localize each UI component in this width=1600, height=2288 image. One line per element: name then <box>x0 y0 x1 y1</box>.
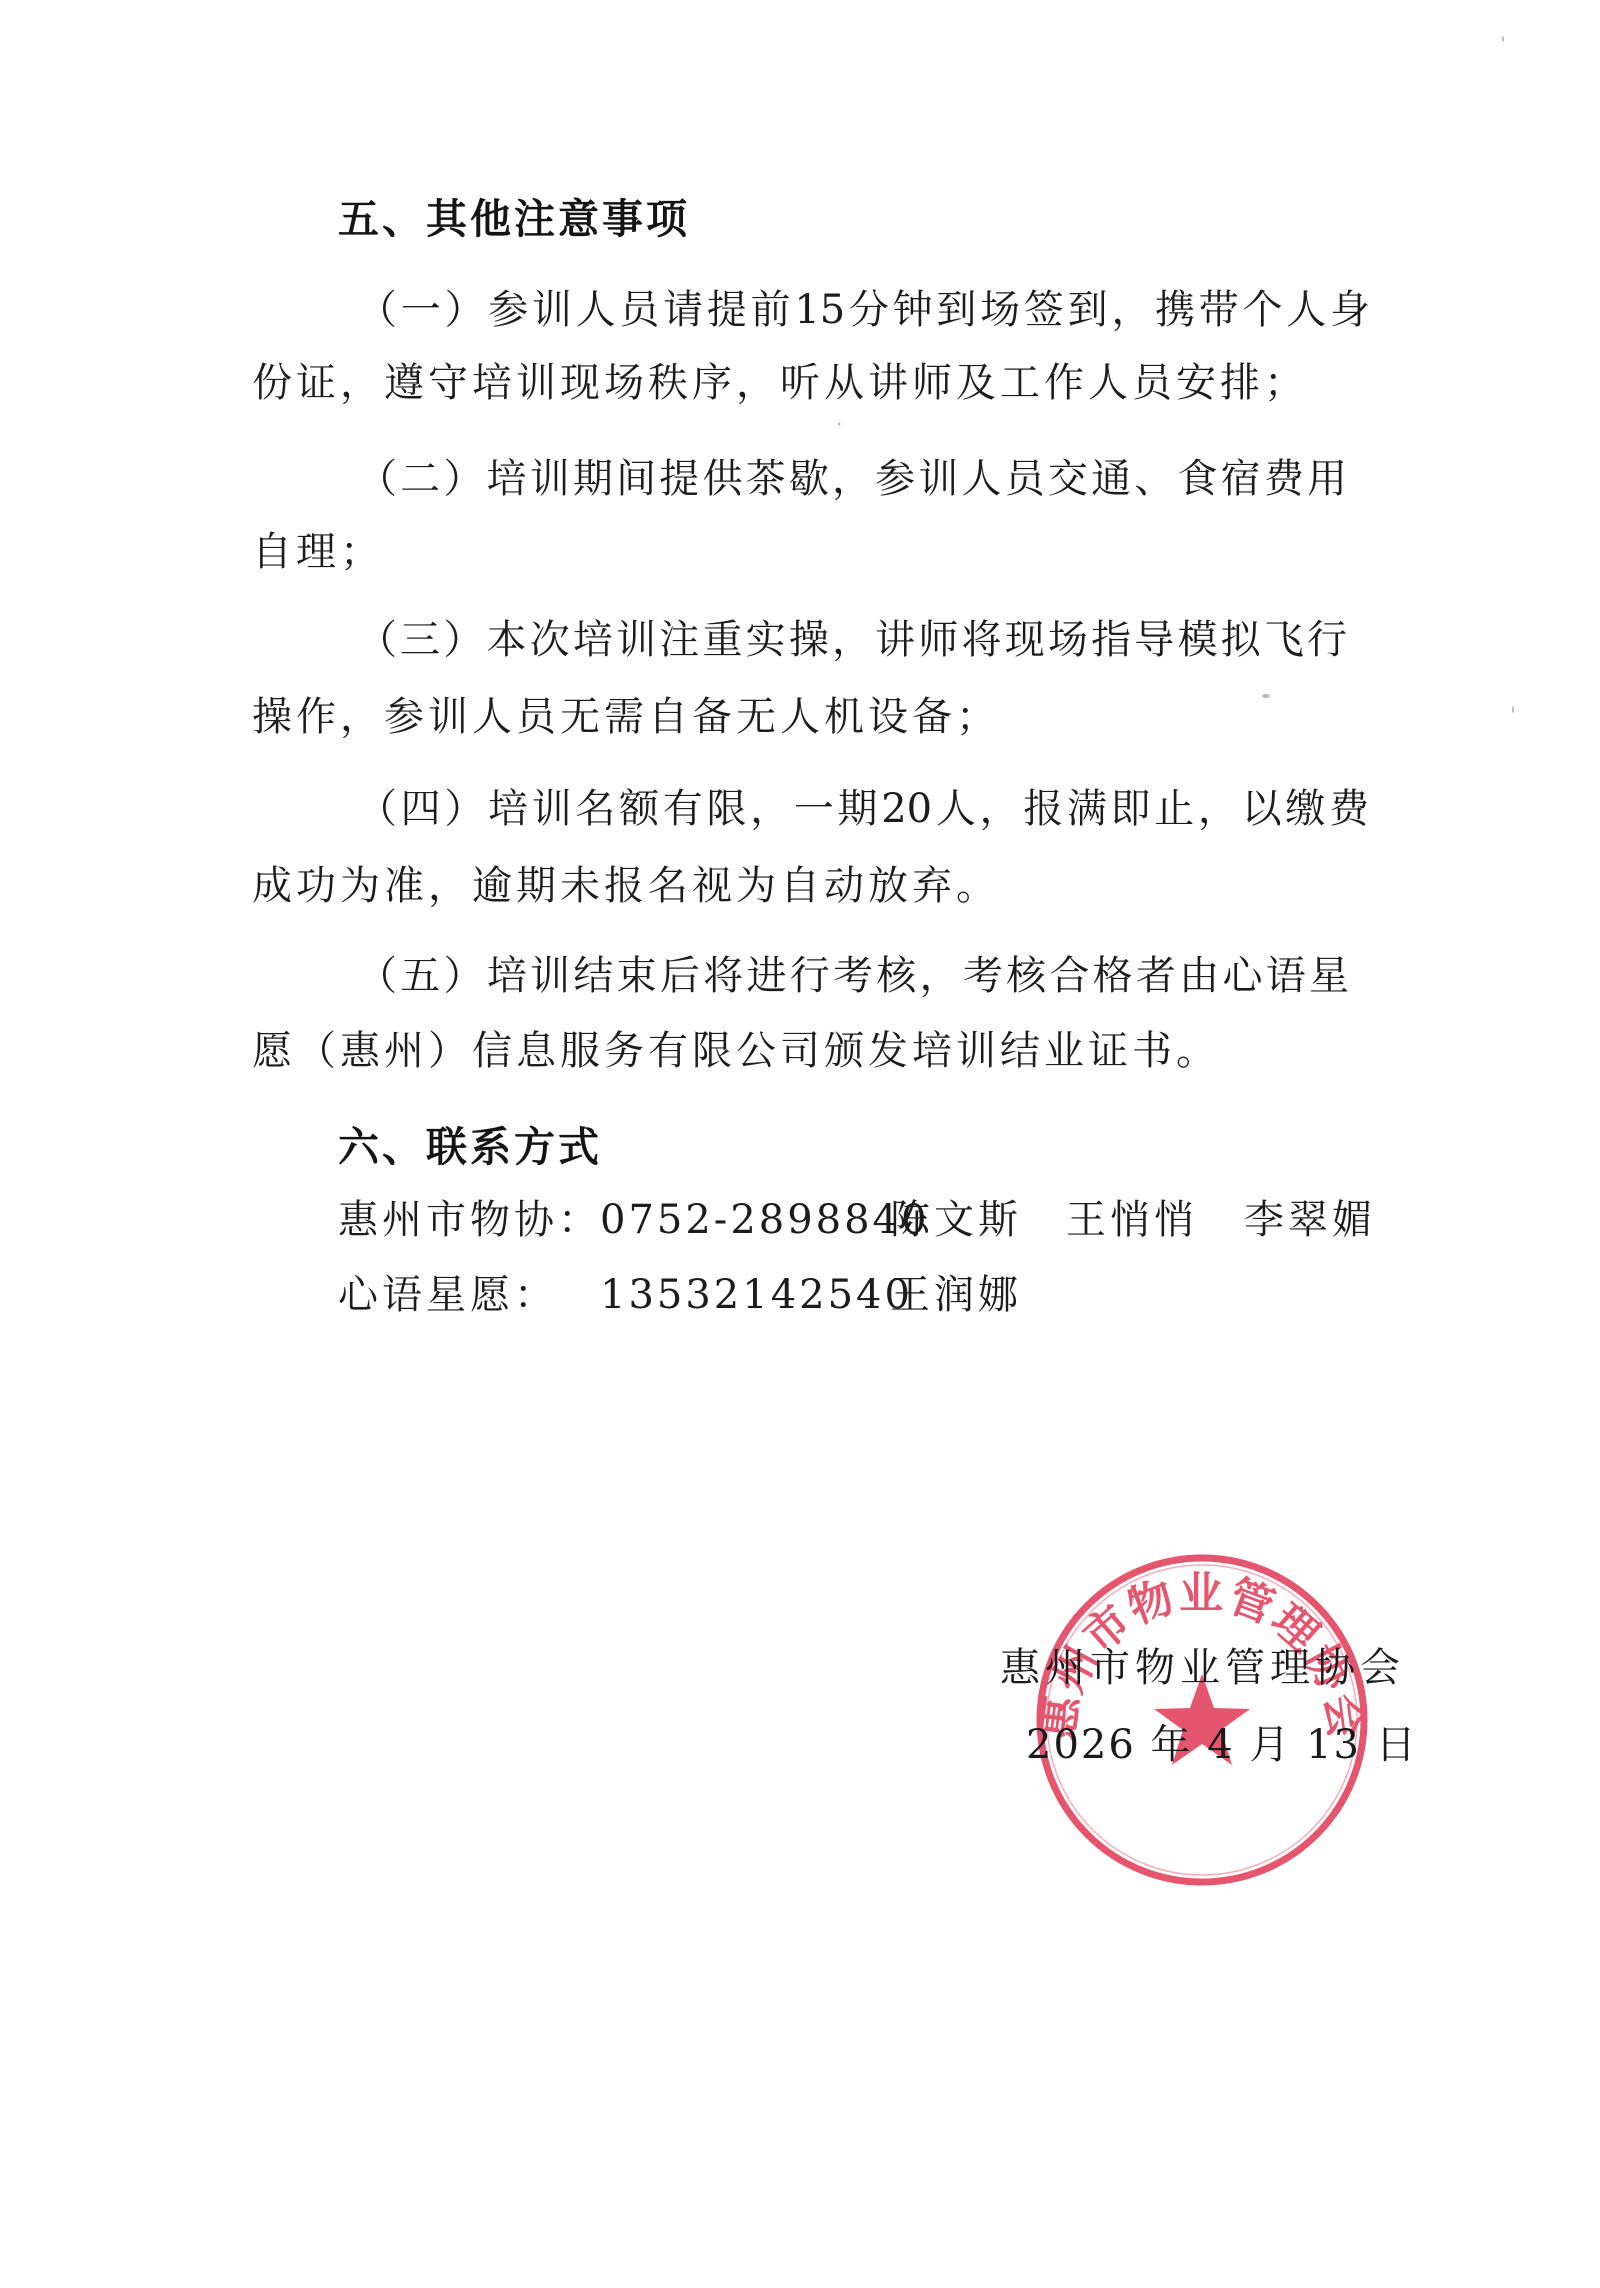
contact-phone: 13532142540 <box>600 1271 913 1319</box>
contact-name: 李翠媚 <box>1244 1196 1376 1244</box>
notes-item-5-line-2: 愿（惠州）信息服务有限公司颁发培训结业证书。 <box>252 1027 1220 1075</box>
contact-org-label: 惠州市物协： <box>338 1196 602 1244</box>
notes-item-4-line-1: （四）培训名额有限，一期20人，报满即止，以缴费 <box>357 785 1369 833</box>
contact-name: 王润娜 <box>890 1271 1022 1319</box>
document-page: 五、其他注意事项 （一）参训人员请提前15分钟到场签到，携带个人身 份证，遵守培… <box>0 0 1600 2288</box>
issuer-signature: 惠州市物业管理协会 <box>1000 1644 1405 1692</box>
notes-item-3-line-2: 操作，参训人员无需自备无人机设备； <box>252 693 1000 741</box>
contact-org-label: 心语星愿： <box>338 1271 558 1319</box>
notes-item-1-line-1: （一）参训人员请提前15分钟到场签到，携带个人身 <box>357 286 1370 334</box>
notes-item-2-line-1: （二）培训期间提供茶歇，参训人员交通、食宿费用 <box>357 455 1347 503</box>
scan-speck <box>1262 694 1270 698</box>
contact-name: 王悄悄 <box>1066 1196 1198 1244</box>
scan-speck <box>1502 36 1504 42</box>
notes-item-3-line-1: （三）本次培训注重实操，讲师将现场指导模拟飞行 <box>357 616 1347 664</box>
notes-item-4-line-2: 成功为准，逾期未报名视为自动放弃。 <box>252 862 1000 910</box>
section-heading-notes: 五、其他注意事项 <box>338 195 690 243</box>
contact-name: 陈文斯 <box>890 1196 1022 1244</box>
scan-speck <box>838 422 840 426</box>
contact-phone: 0752-2898840 <box>600 1196 929 1244</box>
issue-date: 2026 年 4 月 13 日 <box>1026 1721 1418 1769</box>
section-heading-contact: 六、联系方式 <box>338 1123 602 1171</box>
scan-speck <box>1512 706 1514 713</box>
notes-item-5-line-1: （五）培训结束后将进行考核，考核合格者由心语星 <box>357 952 1349 1000</box>
official-seal-stamp: 惠州市物业管理协会 <box>1034 1552 1370 1888</box>
notes-item-2-line-2: 自理； <box>252 528 384 576</box>
notes-item-1-line-2: 份证，遵守培训现场秩序，听从讲师及工作人员安排； <box>252 359 1308 407</box>
